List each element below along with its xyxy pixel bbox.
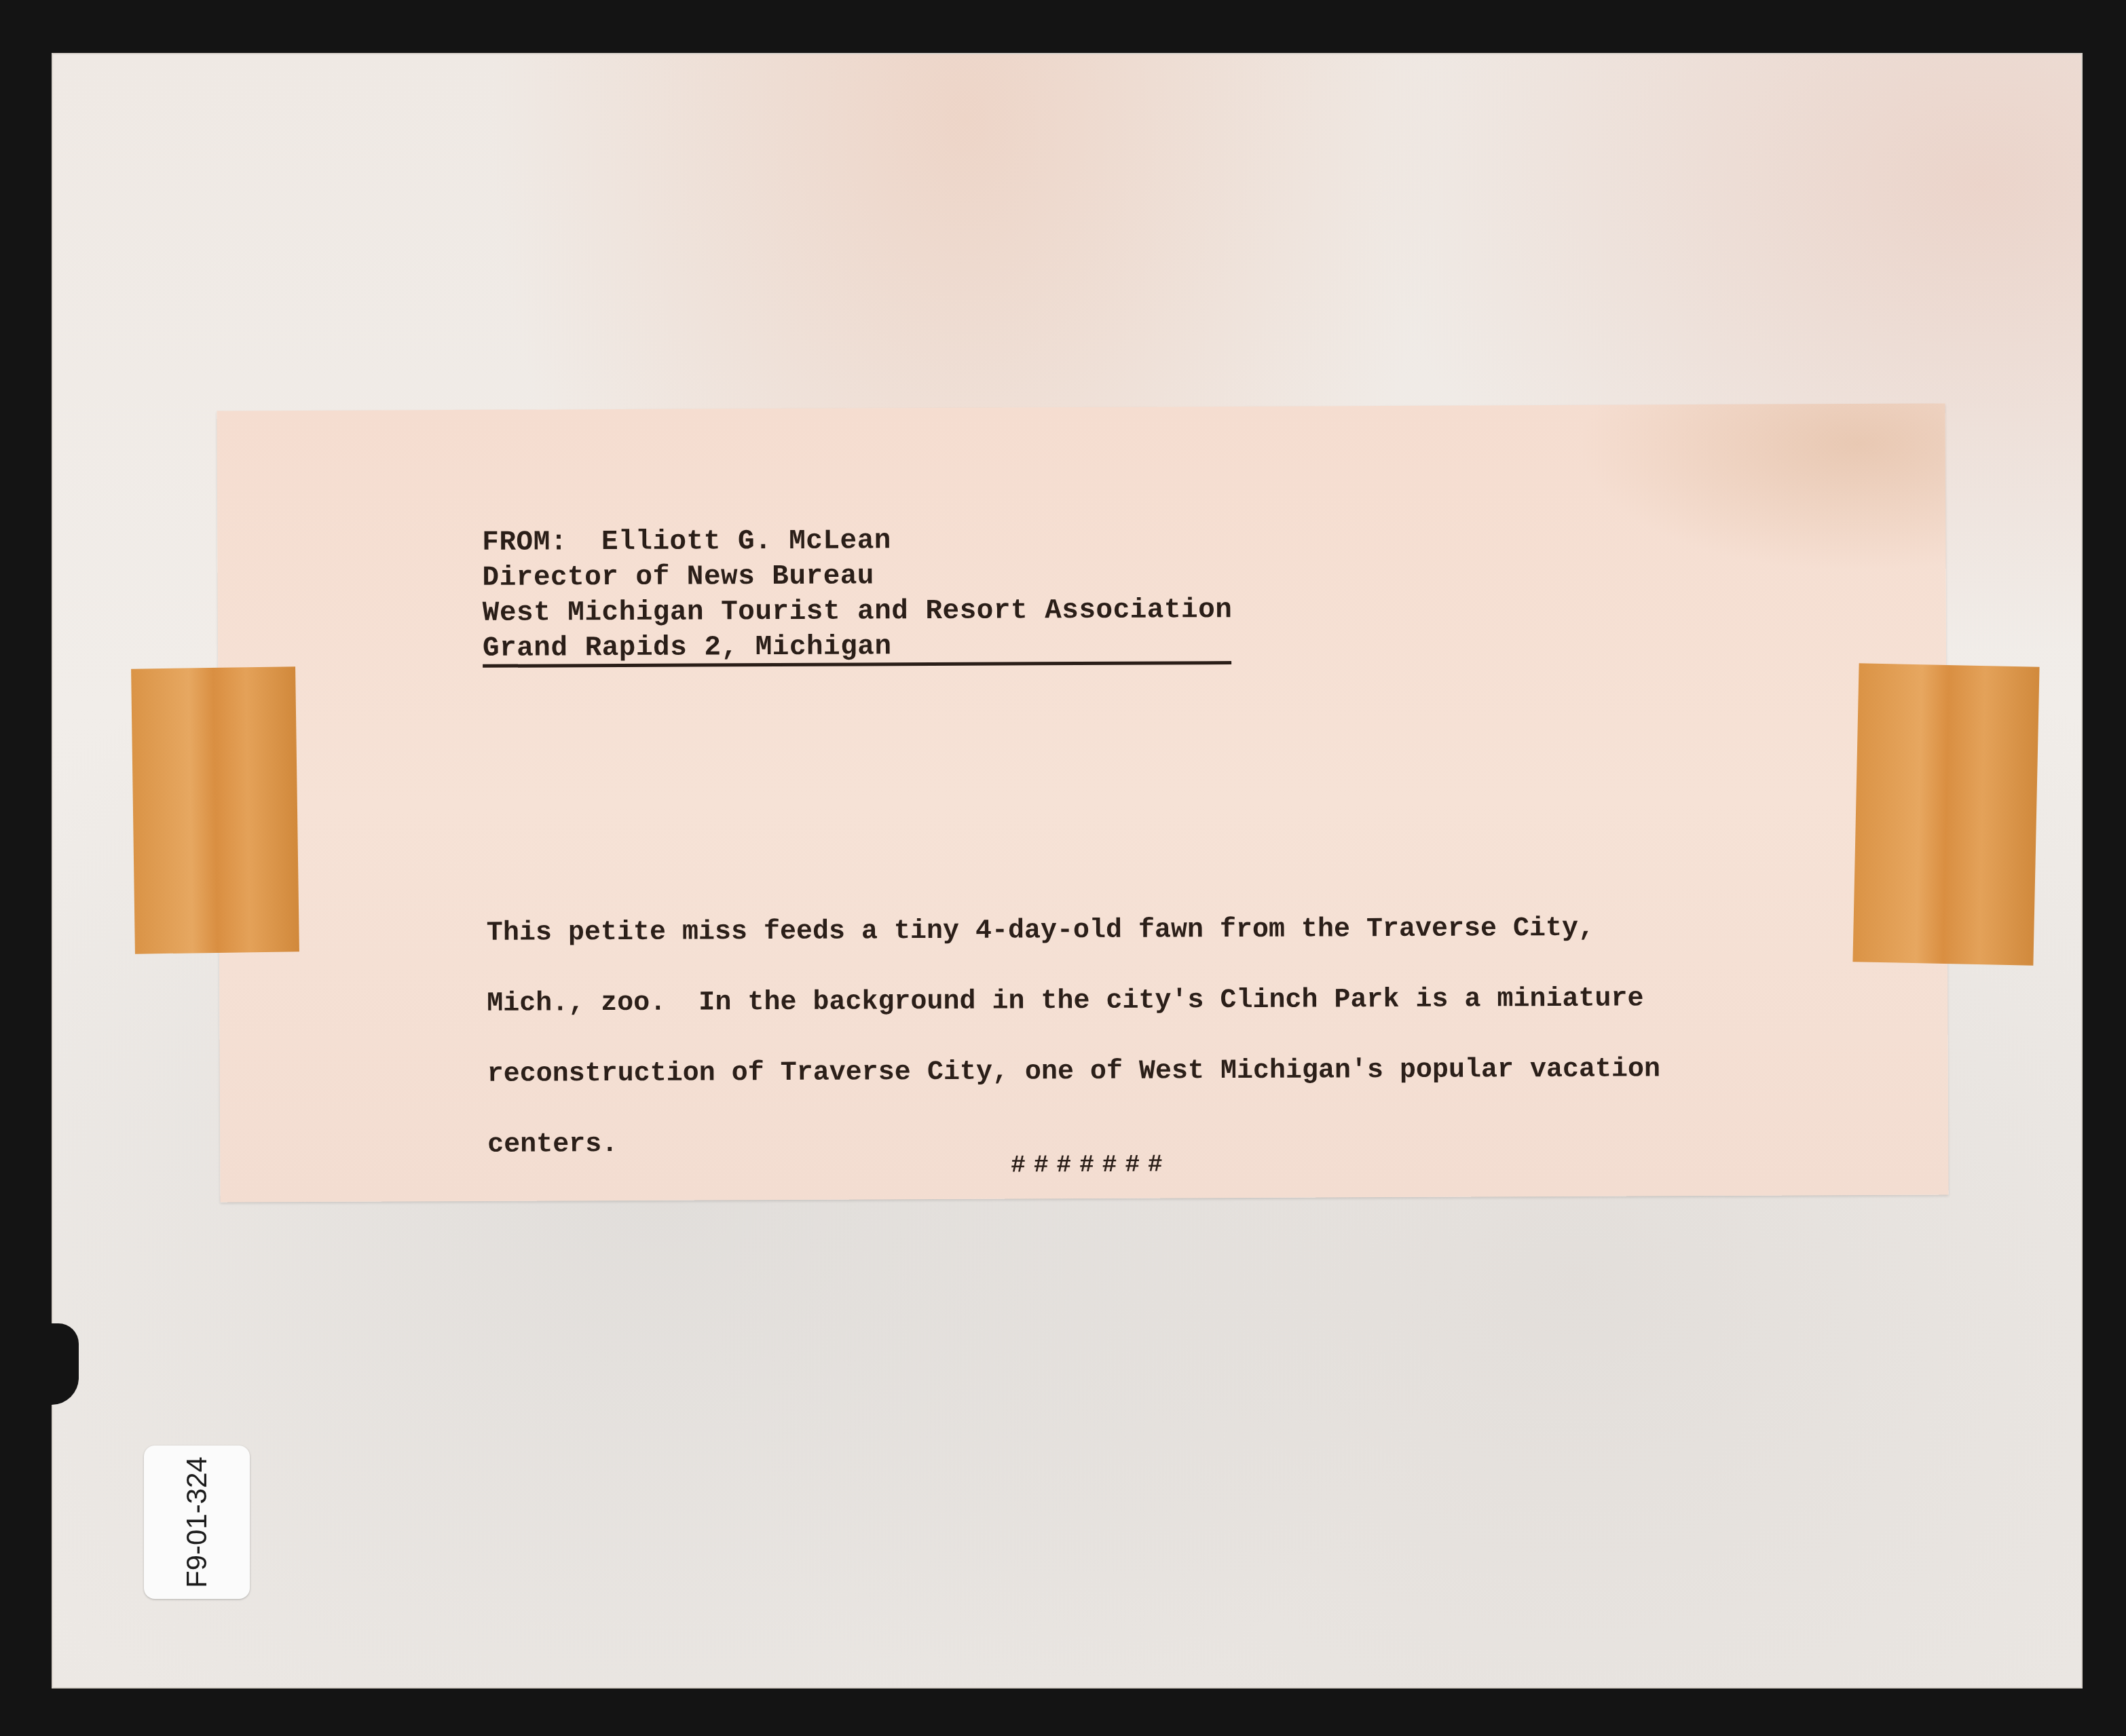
catalog-number: F9-01-324 — [181, 1456, 213, 1588]
caption-line: Mich., zoo. In the background in the cit… — [487, 963, 1810, 1040]
caption-line: This petite miss feeds a tiny 4-day-old … — [487, 892, 1810, 969]
tape-strip-left — [131, 666, 299, 954]
from-title: Director of News Bureau — [482, 557, 1232, 596]
from-sender: FROM: Elliott G. McLean — [482, 522, 1232, 561]
from-address: Grand Rapids 2, Michigan — [483, 630, 1231, 668]
caption-slip: FROM: Elliott G. McLean Director of News… — [217, 403, 1948, 1202]
catalog-label: F9-01-324 — [144, 1446, 250, 1599]
from-block: FROM: Elliott G. McLean Director of News… — [482, 522, 1232, 668]
caption-line: reconstruction of Traverse City, one of … — [487, 1034, 1811, 1110]
from-organization: West Michigan Tourist and Resort Associa… — [483, 592, 1233, 631]
caption-body: This petite miss feeds a tiny 4-day-old … — [487, 892, 1812, 1181]
tape-strip-right — [1852, 663, 2039, 965]
end-marks: ####### — [1011, 1150, 1170, 1179]
